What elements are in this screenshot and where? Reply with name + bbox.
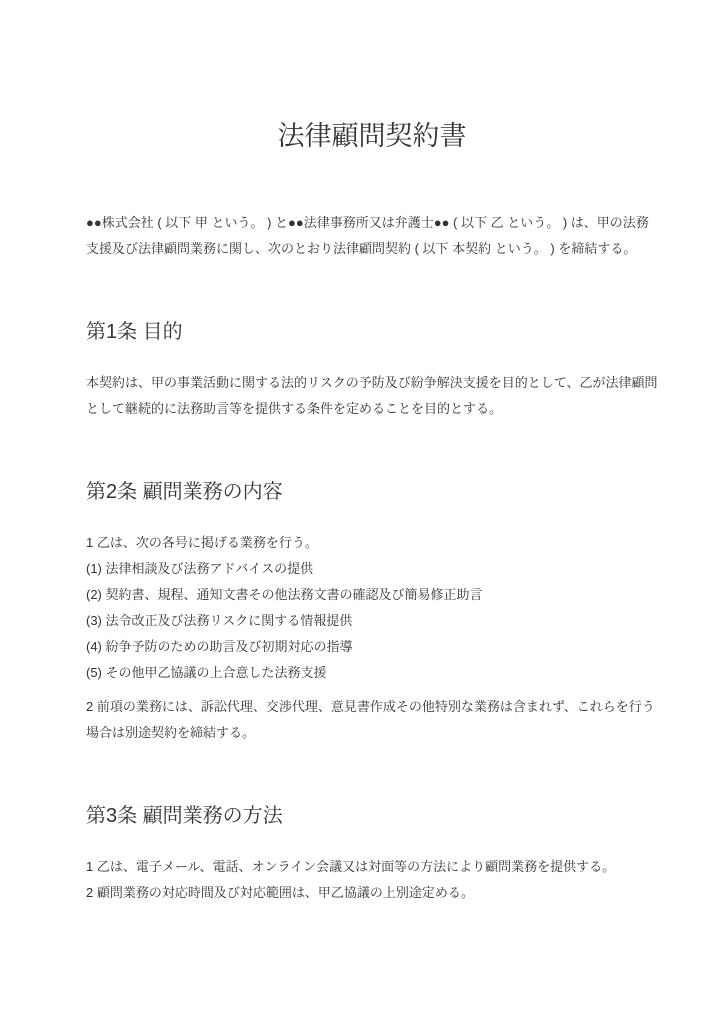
article-2-item-4: (4) 紛争予防のための助言及び初期対応の指導 (86, 634, 658, 660)
document-title: 法律顧問契約書 (86, 118, 658, 154)
article-2-item-1: (1) 法律相談及び法務アドバイスの提供 (86, 556, 658, 582)
article-3-heading: 第3条 顧問業務の方法 (86, 802, 658, 830)
article-3: 第3条 顧問業務の方法 1 乙は、電子メール、電話、オンライン会議又は対面等の方… (86, 802, 658, 906)
article-2-clause-2: 2 前項の業務には、訴訟代理、交渉代理、意見書作成その他特別な業務は含まれず、こ… (86, 694, 658, 746)
article-2: 第2条 顧問業務の内容 1 乙は、次の各号に掲げる業務を行う。 (1) 法律相談… (86, 478, 658, 746)
article-1: 第1条 目的 本契約は、甲の事業活動に関する法的リスクの予防及び紛争解決支援を目… (86, 318, 658, 422)
article-2-heading: 第2条 顧問業務の内容 (86, 478, 658, 506)
article-2-item-5: (5) その他甲乙協議の上合意した法務支援 (86, 660, 658, 686)
article-2-item-2: (2) 契約書、規程、通知文書その他法務文書の確認及び簡易修正助言 (86, 582, 658, 608)
article-2-item-3: (3) 法令改正及び法務リスクに関する情報提供 (86, 608, 658, 634)
document-page: 法律顧問契約書 ●●株式会社 ( 以下 甲 という。 ) と●●法律事務所又は弁… (0, 0, 724, 1024)
article-3-clause-2: 2 顧問業務の対応時間及び対応範囲は、甲乙協議の上別途定める。 (86, 880, 658, 906)
article-1-heading: 第1条 目的 (86, 318, 658, 346)
article-1-body: 本契約は、甲の事業活動に関する法的リスクの予防及び紛争解決支援を目的として、乙が… (86, 370, 658, 422)
article-2-clause-1: 1 乙は、次の各号に掲げる業務を行う。 (86, 530, 658, 556)
intro-paragraph: ●●株式会社 ( 以下 甲 という。 ) と●●法律事務所又は弁護士●● ( 以… (86, 210, 658, 262)
article-3-clause-1: 1 乙は、電子メール、電話、オンライン会議又は対面等の方法により顧問業務を提供す… (86, 854, 658, 880)
